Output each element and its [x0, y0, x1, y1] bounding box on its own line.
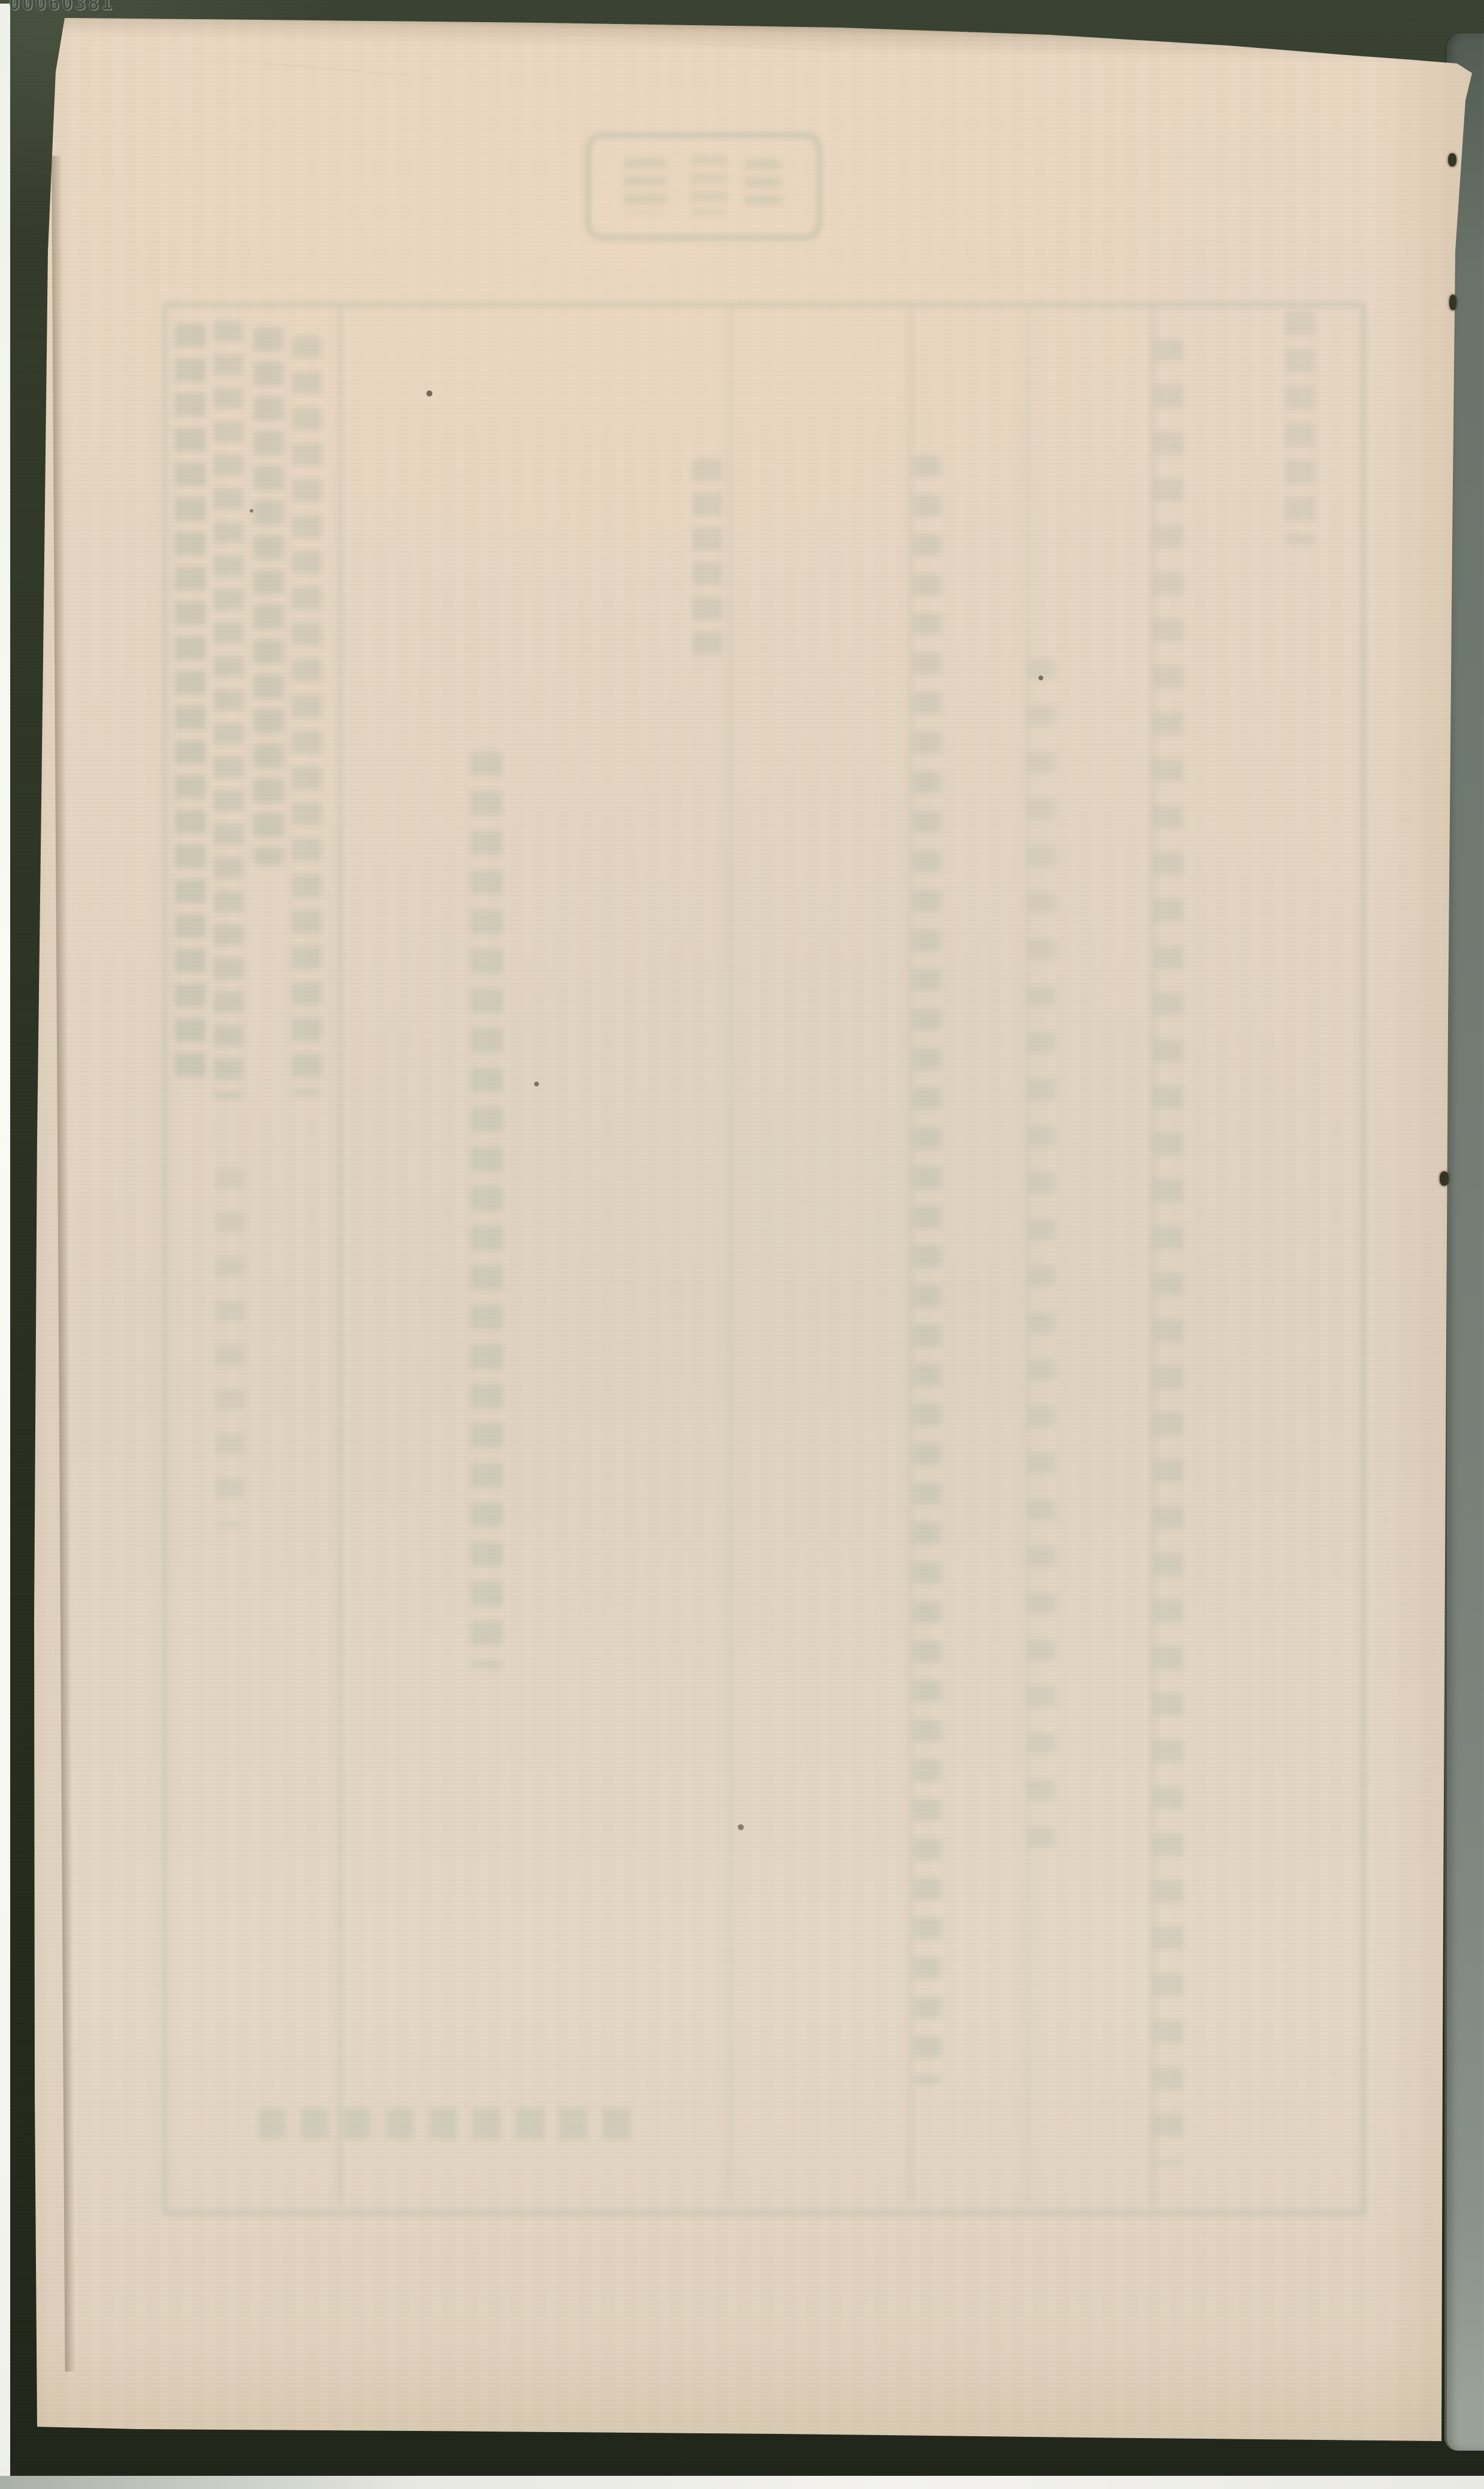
paper-speck [738, 1824, 744, 1830]
digitization-id-stamp: 00060381 [9, 0, 115, 14]
showthrough-seal-mark [744, 159, 782, 213]
showthrough-column-rule [729, 307, 732, 2204]
showthrough-text-column [253, 326, 284, 865]
showthrough-text-column [1028, 659, 1055, 1869]
showthrough-column-rule [339, 307, 342, 2204]
book-page [0, 0, 1484, 2489]
scanner-bed-bottom-edge [0, 2476, 1484, 2489]
showthrough-column-rule [910, 307, 913, 2204]
paper-speck [426, 390, 432, 396]
showthrough-text-column [175, 323, 206, 1078]
showthrough-seal-mark [623, 158, 668, 214]
scan-canvas: 00060381 [0, 0, 1484, 2489]
showthrough-text-column [216, 1168, 244, 1527]
showthrough-text-column [292, 335, 322, 1096]
paper-speck [534, 1082, 539, 1086]
showthrough-text-column [692, 458, 722, 668]
showthrough-text-column [914, 455, 941, 2084]
showthrough-row-cluster [258, 2108, 641, 2139]
showthrough-text-column [1285, 311, 1315, 545]
paper-speck [250, 509, 253, 513]
showthrough-seal-mark [689, 155, 728, 215]
stitch-notch [1448, 153, 1456, 166]
paper-speck [1038, 676, 1043, 680]
stitch-notch [1440, 1171, 1449, 1186]
scanner-bed-left-edge [0, 4, 10, 2489]
stitch-notch [1449, 295, 1456, 310]
showthrough-text-column [213, 320, 243, 1099]
showthrough-seal-imprint [586, 133, 822, 240]
showthrough-frame-border [163, 303, 1365, 2215]
showthrough-text-column [1155, 338, 1183, 2165]
showthrough-text-column [471, 752, 503, 1668]
showthrough-layer [0, 0, 1484, 2489]
